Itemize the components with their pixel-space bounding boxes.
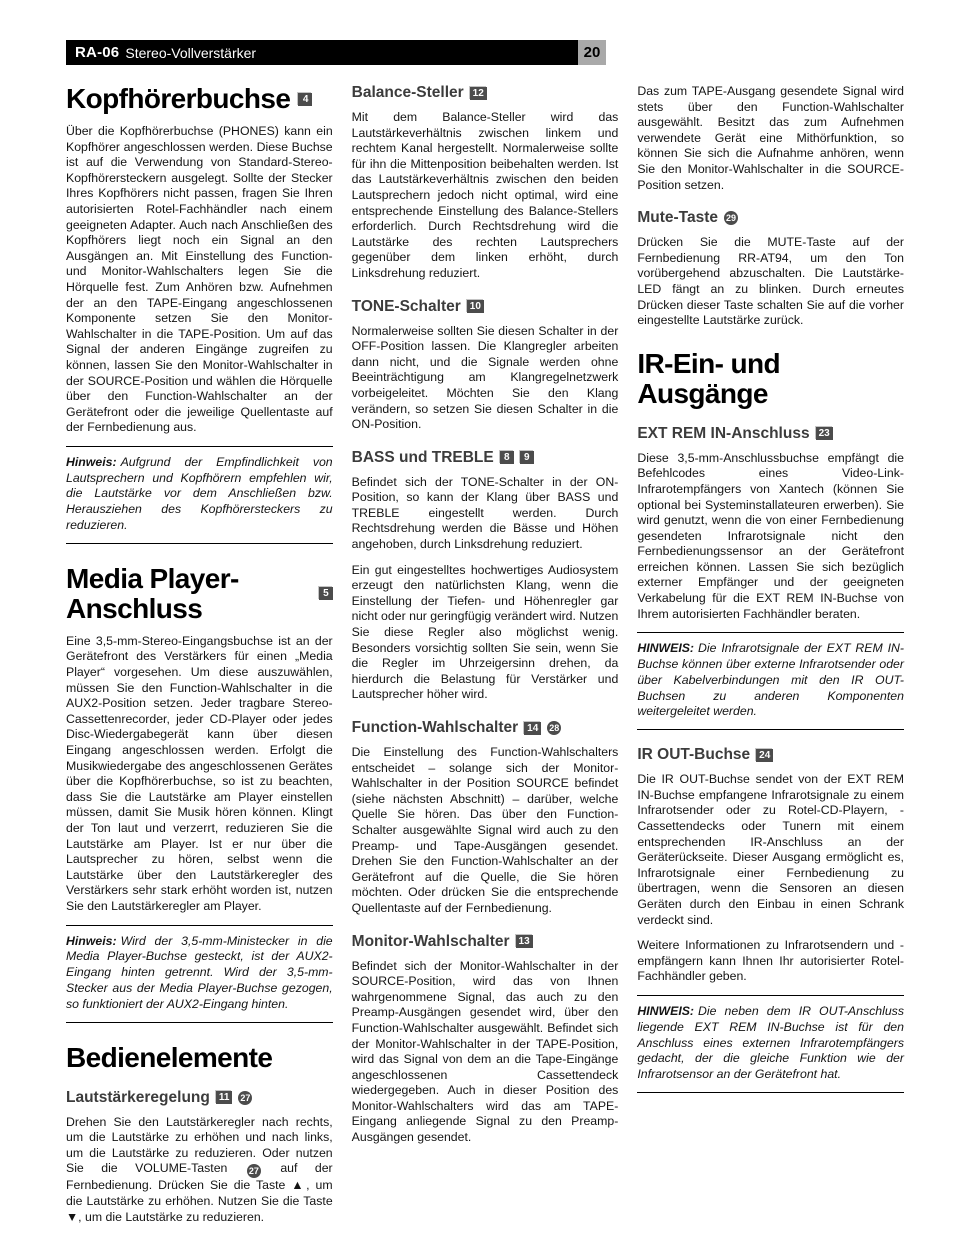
paragraph-lautstaerkeregelung: Drehen Sie den Lautstärkeregler nach rec… [66,1115,333,1226]
note-ir-out: HINWEIS:Die neben dem IR OUT-Anschluss l… [637,995,904,1093]
header-subtitle: Stereo-Vollverstärker [125,45,256,61]
ref-badge-23: 23 [816,427,833,440]
section-title-text: Kopfhörerbuchse [66,84,290,114]
ref-badge-24: 24 [756,749,773,762]
page-header: RA-06 Stereo-Vollverstärker 20 [66,40,606,65]
column-3: Das zum TAPE-Ausgang gesendete Signal wi… [637,84,904,1235]
subsection-title-text: Lautstärkeregelung [66,1089,210,1107]
subsection-tone-schalter: TONE-Schalter 10 [352,298,619,316]
section-title-text: Media Player-Anschluss [66,564,311,624]
column-2: Balance-Steller 12 Mit dem Balance-Stell… [352,84,619,1235]
note-media-player: Hinweis:Wird der 3,5-mm-Ministecker in d… [66,925,333,1023]
remote-badge-29: 29 [724,211,738,225]
note-label: Hinweis: [66,934,117,948]
column-1: Kopfhörerbuchse 4 Über die Kopfhörerbuch… [66,84,333,1235]
note-label: HINWEIS: [637,641,694,655]
subsection-title-text: Function-Wahlschalter [352,719,519,737]
note-label: Hinweis: [66,455,117,469]
remote-badge-27-inline: 27 [247,1164,261,1178]
section-title-text: Bedienelemente [66,1043,272,1073]
page-number-badge: 20 [578,40,606,65]
subsection-monitor-wahlschalter: Monitor-Wahlschalter 13 [352,933,619,951]
ref-badge-8: 8 [500,451,514,464]
subsection-title-text: BASS und TREBLE [352,449,494,467]
ref-badge-13: 13 [516,935,533,948]
subsection-title-text: Mute-Taste [637,209,718,227]
section-title-ir-ein-ausgaenge: IR-Ein- und Ausgänge [637,349,904,409]
subsection-ext-rem-in: EXT REM IN-Anschluss 23 [637,425,904,443]
manual-page: RA-06 Stereo-Vollverstärker 20 Kopfhörer… [0,0,954,1241]
subsection-ir-out-buchse: IR OUT-Buchse 24 [637,746,904,764]
paragraph-tape-ausgang: Das zum TAPE-Ausgang gesendete Signal wi… [637,84,904,193]
paragraph-tone-schalter: Normalerweise sollten Sie diesen Schalte… [352,324,619,433]
section-title-kopfhoererbuchse: Kopfhörerbuchse 4 [66,84,333,114]
ref-badge-5: 5 [319,587,333,600]
paragraph-ir-out-2: Weitere Informationen zu Infrarotsendern… [637,938,904,985]
ref-badge-10: 10 [467,300,484,313]
ref-badge-4: 4 [298,93,312,106]
subsection-lautstaerkeregelung: Lautstärkeregelung 11 27 [66,1089,333,1107]
model-label: RA-06 [75,44,119,61]
paragraph-media-player: Eine 3,5-mm-Stereo-Eingangsbuchse ist an… [66,634,333,915]
ref-badge-14: 14 [524,722,541,735]
subsection-bass-treble: BASS und TREBLE 8 9 [352,449,619,467]
section-title-bedienelemente: Bedienelemente [66,1043,333,1073]
paragraph-monitor-wahlschalter: Befindet sich der Monitor-Wahlschalter i… [352,959,619,1146]
subsection-balance-steller: Balance-Steller 12 [352,84,619,102]
content-columns: Kopfhörerbuchse 4 Über die Kopfhörerbuch… [66,84,904,1235]
paragraph-ir-out-1: Die IR OUT-Buchse sendet von der EXT REM… [637,772,904,928]
note-ext-rem-in: HINWEIS:Die Infrarotsignale der EXT REM … [637,632,904,730]
note-kopfhoerer: Hinweis:Aufgrund der Empfindlichkeit von… [66,446,333,544]
paragraph-balance-steller: Mit dem Balance-Steller wird das Lautstä… [352,110,619,282]
subsection-function-wahlschalter: Function-Wahlschalter 14 28 [352,719,619,737]
subsection-title-text: EXT REM IN-Anschluss [637,425,809,443]
header-title-bar: RA-06 Stereo-Vollverstärker [66,40,578,65]
paragraph-bass-treble-1: Befindet sich der TONE-Schalter in der O… [352,475,619,553]
paragraph-ext-rem-in: Diese 3,5-mm-Anschlussbuchse empfängt di… [637,451,904,623]
remote-badge-27: 27 [238,1091,252,1105]
paragraph-bass-treble-2: Ein gut eingestelltes hochwertiges Audio… [352,563,619,703]
subsection-title-text: IR OUT-Buchse [637,746,750,764]
paragraph-function-wahlschalter: Die Einstellung des Function-Wahlschalte… [352,745,619,917]
ref-badge-9: 9 [520,451,534,464]
subsection-title-text: Balance-Steller [352,84,464,102]
ref-badge-11: 11 [216,1091,233,1104]
paragraph-kopfhoererbuchse: Über die Kopfhörerbuchse (PHONES) kann e… [66,124,333,436]
section-title-text: IR-Ein- und Ausgänge [637,349,904,409]
note-label: HINWEIS: [637,1004,694,1018]
subsection-mute-taste: Mute-Taste 29 [637,209,904,227]
subsection-title-text: Monitor-Wahlschalter [352,933,510,951]
paragraph-mute-taste: Drücken Sie die MUTE-Taste auf der Fernb… [637,235,904,329]
ref-badge-12: 12 [470,87,487,100]
subsection-title-text: TONE-Schalter [352,298,461,316]
remote-badge-28: 28 [547,721,561,735]
section-title-media-player: Media Player-Anschluss 5 [66,564,333,624]
